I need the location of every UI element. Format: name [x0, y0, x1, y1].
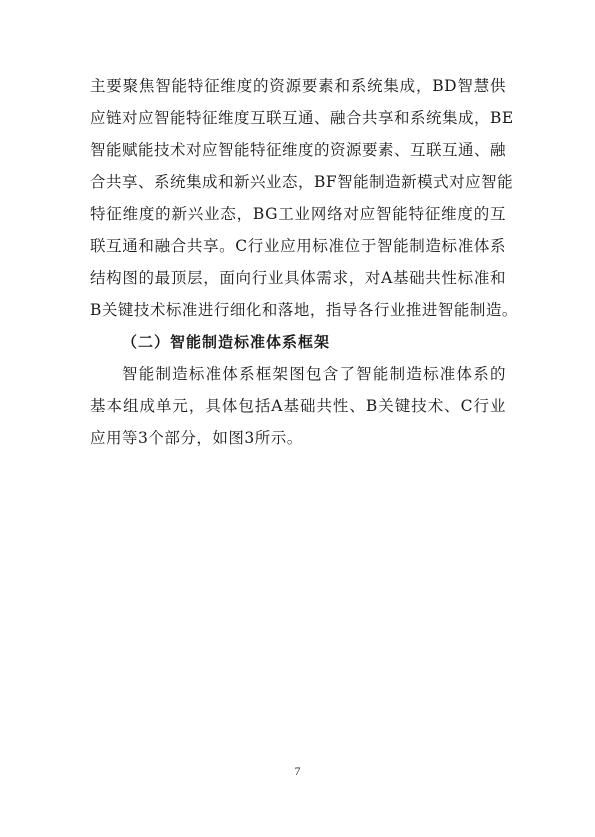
paragraph-line: 特征维度的新兴业态，BG工业网络对应智能特征维度的互: [90, 198, 506, 230]
paragraph-line: 智能制造标准体系框架图包含了智能制造标准体系的: [90, 358, 506, 390]
paragraph-line: 基本组成单元，具体包括A基础共性、B关键技术、C行业: [90, 390, 506, 422]
paragraph-line: 应用等3个部分，如图3所示。: [90, 422, 506, 454]
paragraph-line: 应链对应智能特征维度互联互通、融合共享和系统集成，BE: [90, 102, 506, 134]
paragraph-line: B关键技术标准进行细化和落地，指导各行业推进智能制造。: [90, 294, 506, 326]
document-page: 主要聚焦智能特征维度的资源要素和系统集成，BD智慧供 应链对应智能特征维度互联互…: [0, 0, 595, 837]
paragraph-line: 联互通和融合共享。C行业应用标准位于智能制造标准体系: [90, 230, 506, 262]
paragraph-line: 合共享、系统集成和新兴业态，BF智能制造新模式对应智能: [90, 166, 506, 198]
body-text: 主要聚焦智能特征维度的资源要素和系统集成，BD智慧供 应链对应智能特征维度互联互…: [90, 70, 506, 454]
paragraph-line: 智能赋能技术对应智能特征维度的资源要素、互联互通、融: [90, 134, 506, 166]
paragraph-line: 结构图的最顶层，面向行业具体需求，对A基础共性标准和: [90, 262, 506, 294]
section-heading: （二）智能制造标准体系框架: [90, 326, 506, 358]
paragraph-line: 主要聚焦智能特征维度的资源要素和系统集成，BD智慧供: [90, 70, 506, 102]
page-number: 7: [0, 764, 595, 779]
